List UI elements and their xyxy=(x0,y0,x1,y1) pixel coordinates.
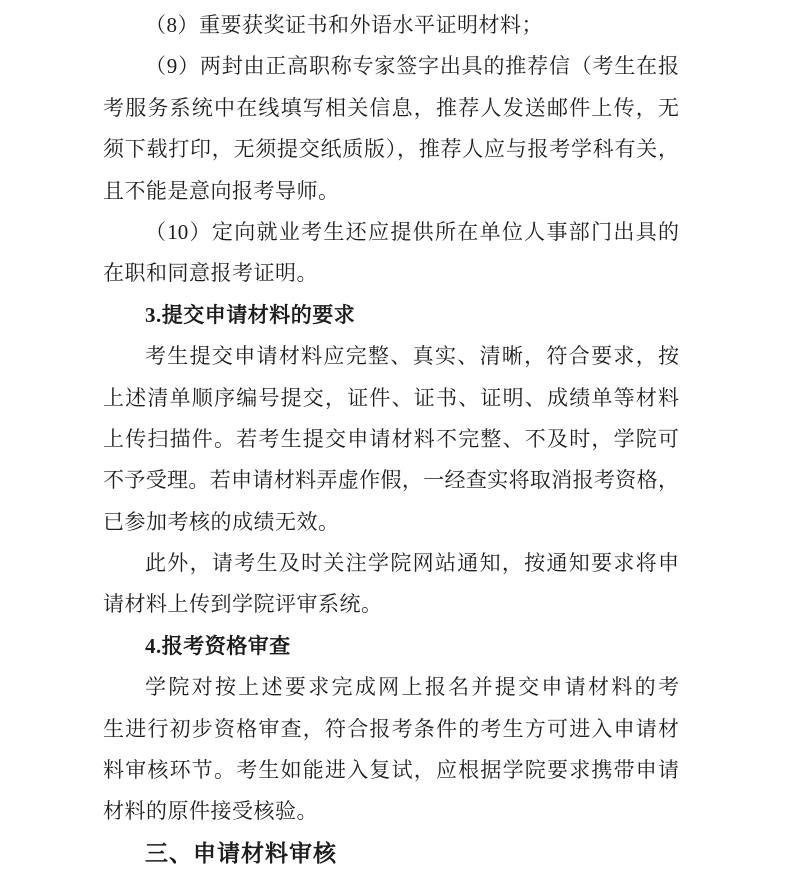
text-line: 请材料上传到学院评审系统。 xyxy=(103,584,679,625)
text-line: （8）重要获奖证书和外语水平证明材料； xyxy=(103,5,679,46)
text-line: 上述清单顺序编号提交，证件、证书、证明、成绩单等材料 xyxy=(103,378,679,419)
text-line: 生进行初步资格审查，符合报考条件的考生方可进入申请材 xyxy=(103,709,679,750)
document-text-block: （8）重要获奖证书和外语水平证明材料；（9）两封由正高职称专家签字出具的推荐信（… xyxy=(103,5,679,874)
text-line: 须下载打印，无须提交纸质版），推荐人应与报考学科有关， xyxy=(103,129,679,170)
text-line: 料审核环节。考生如能进入复试，应根据学院要求携带申请 xyxy=(103,750,679,791)
text-line: 已参加考核的成绩无效。 xyxy=(103,502,679,543)
text-line: 学院对按上述要求完成网上报名并提交申请材料的考 xyxy=(103,667,679,708)
text-line: 考生提交申请材料应完整、真实、清晰，符合要求，按 xyxy=(103,336,679,377)
text-line: 不予受理。若申请材料弄虚作假，一经查实将取消报考资格， xyxy=(103,460,679,501)
text-line: 此外，请考生及时关注学院网站通知，按通知要求将申 xyxy=(103,543,679,584)
section-heading: 3.提交申请材料的要求 xyxy=(103,295,679,336)
text-line: 考服务系统中在线填写相关信息，推荐人发送邮件上传，无 xyxy=(103,88,679,129)
document-page: （8）重要获奖证书和外语水平证明材料；（9）两封由正高职称专家签字出具的推荐信（… xyxy=(0,0,799,880)
text-line: （10）定向就业考生还应提供所在单位人事部门出具的 xyxy=(103,212,679,253)
text-line: 材料的原件接受核验。 xyxy=(103,791,679,832)
text-line: 在职和同意报考证明。 xyxy=(103,253,679,294)
section-heading: 三、申请材料审核 xyxy=(103,833,679,874)
text-line: 且不能是意向报考导师。 xyxy=(103,171,679,212)
section-heading: 4.报考资格审查 xyxy=(103,626,679,667)
text-line: （9）两封由正高职称专家签字出具的推荐信（考生在报 xyxy=(103,46,679,87)
text-line: 上传扫描件。若考生提交申请材料不完整、不及时，学院可 xyxy=(103,419,679,460)
